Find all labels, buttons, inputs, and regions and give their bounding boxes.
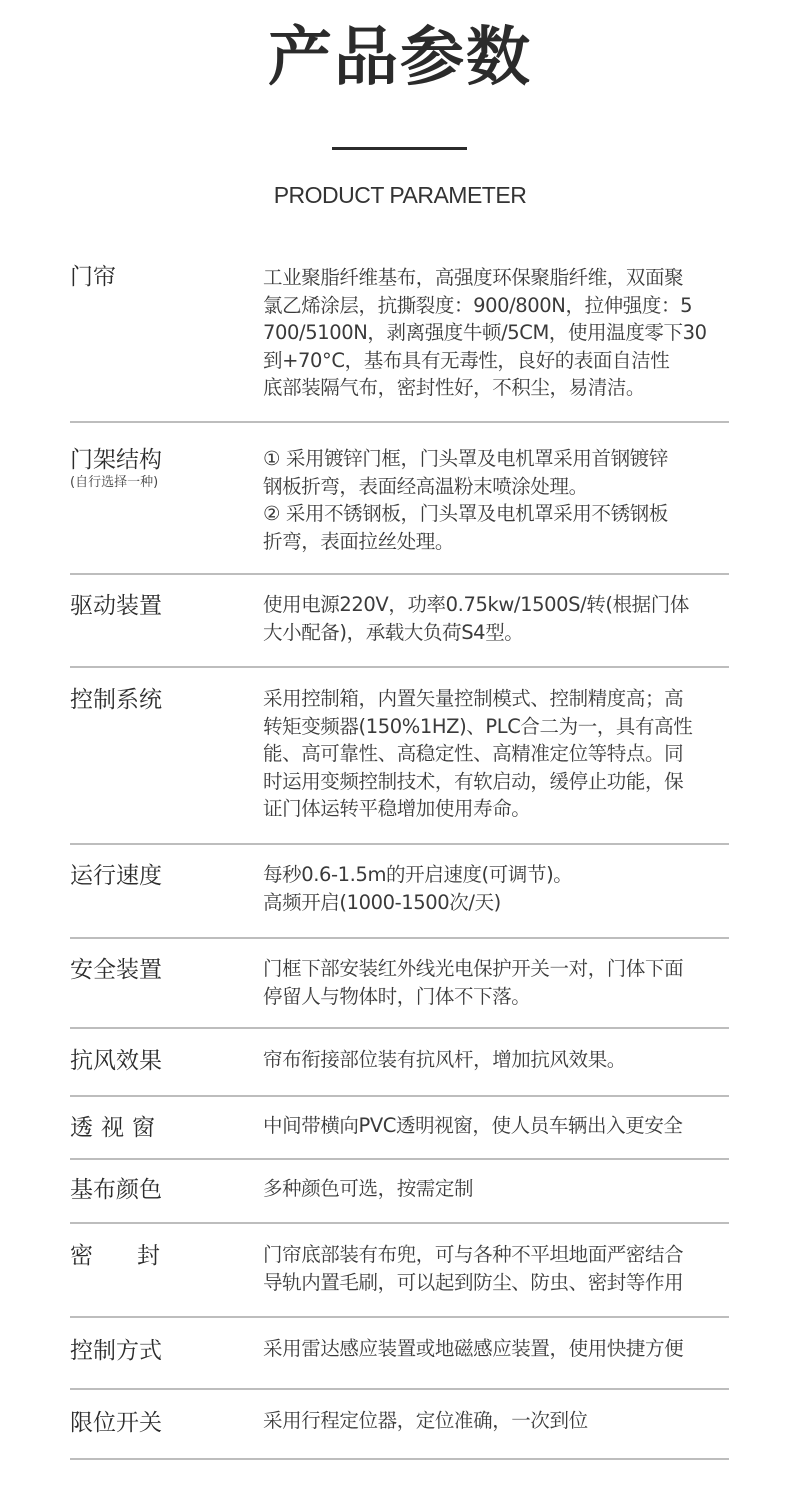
param-row-seal: 密封 门帘底部装有布兜，可与各种不平坦地面严密结合 导轨内置毛刷，可以起到防尘、… <box>70 1224 729 1318</box>
param-row-safety: 安全装置 门框下部安装红外线光电保护开关一对，门体下面 停留人与物体时，门体不下… <box>70 939 729 1029</box>
param-value: 采用控制箱，内置矢量控制模式、控制精度高；高 转矩变频器(150%1HZ)、PL… <box>263 685 735 823</box>
param-label: 运行速度 <box>70 861 260 891</box>
title-underline <box>332 147 467 150</box>
param-value: 多种颜色可选，按需定制 <box>263 1175 735 1203</box>
param-row-window: 透视窗 中间带横向PVC透明视窗，使人员车辆出入更安全 <box>70 1097 729 1160</box>
param-value: 中间带横向PVC透明视窗，使人员车辆出入更安全 <box>263 1112 735 1140</box>
param-value: 门帘底部装有布兜，可与各种不平坦地面严密结合 导轨内置毛刷，可以起到防尘、防虫、… <box>263 1241 735 1296</box>
param-label: 门帘 <box>70 262 260 292</box>
param-label: 安全装置 <box>70 955 260 985</box>
page-subtitle: PRODUCT PARAMETER <box>0 182 800 209</box>
param-row-fabric-color: 基布颜色 多种颜色可选，按需定制 <box>70 1160 729 1224</box>
param-label: 控制系统 <box>70 685 260 715</box>
param-value: 每秒0.6-1.5m的开启速度(可调节)。 高频开启(1000-1500次/天) <box>263 861 735 916</box>
param-row-control-method: 控制方式 采用雷达感应装置或地磁感应装置，使用快捷方便 <box>70 1318 729 1390</box>
param-label: 基布颜色 <box>70 1175 260 1205</box>
param-row-speed: 运行速度 每秒0.6-1.5m的开启速度(可调节)。 高频开启(1000-150… <box>70 845 729 939</box>
param-label: 控制方式 <box>70 1336 260 1366</box>
param-row-control-system: 控制系统 采用控制箱，内置矢量控制模式、控制精度高；高 转矩变频器(150%1H… <box>70 668 729 845</box>
param-row-curtain: 门帘 工业聚脂纤维基布，高强度环保聚脂纤维，双面聚 氯乙烯涂层，抗撕裂度：900… <box>70 252 729 423</box>
param-label: 驱动装置 <box>70 591 260 621</box>
param-row-wind-resistance: 抗风效果 帘布衔接部位装有抗风杆，增加抗风效果。 <box>70 1029 729 1097</box>
page-title: 产品参数 <box>0 18 800 98</box>
param-row-drive: 驱动装置 使用电源220V，功率0.75kw/1500S/转(根据门体 大小配备… <box>70 575 729 668</box>
param-value: 采用雷达感应装置或地磁感应装置，使用快捷方便 <box>263 1335 735 1363</box>
param-row-limit-switch: 限位开关 采用行程定位器，定位准确，一次到位 <box>70 1390 729 1460</box>
param-value: 采用行程定位器，定位准确，一次到位 <box>263 1407 735 1435</box>
param-row-frame: 门架结构 (自行选择一种) ① 采用镀锌门框，门头罩及电机罩采用首钢镀锌 钢板折… <box>70 423 729 575</box>
param-value: ① 采用镀锌门框，门头罩及电机罩采用首钢镀锌 钢板折弯，表面经高温粉末喷涂处理。… <box>263 445 735 555</box>
param-label: 密封 <box>70 1241 260 1271</box>
param-label: 限位开关 <box>70 1408 260 1438</box>
param-value: 门框下部安装红外线光电保护开关一对，门体下面 停留人与物体时，门体不下落。 <box>263 955 735 1010</box>
param-label: 门架结构 <box>70 445 260 475</box>
param-value: 工业聚脂纤维基布，高强度环保聚脂纤维，双面聚 氯乙烯涂层，抗撕裂度：900/80… <box>263 264 735 402</box>
param-value: 使用电源220V，功率0.75kw/1500S/转(根据门体 大小配备)，承载大… <box>263 591 735 646</box>
param-label: 透视窗 <box>70 1113 260 1143</box>
param-sublabel: (自行选择一种) <box>70 475 260 491</box>
param-label: 抗风效果 <box>70 1046 260 1076</box>
param-value: 帘布衔接部位装有抗风杆，增加抗风效果。 <box>263 1046 735 1074</box>
